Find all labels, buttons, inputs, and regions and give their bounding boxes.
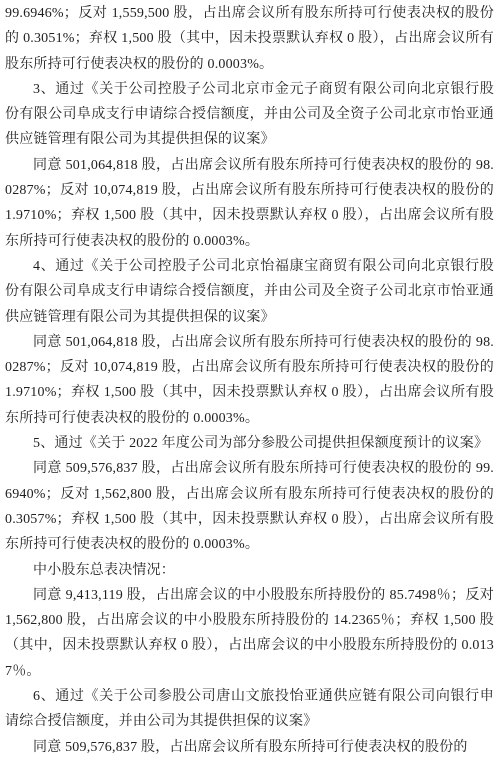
paragraph-item5-votes: 同意 509,576,837 股，占出席会议所有股东所持可行使表决权的股份的 9… (5, 456, 494, 557)
paragraph-item4-title: 4、通过《关于公司控股子公司北京怡福康宝商贸有限公司向北京银行股份有限公司阜成支… (5, 254, 494, 330)
paragraph-item4-votes: 同意 501,064,818 股，占出席会议所有股东所持可行使表决权的股份的 9… (5, 330, 494, 431)
paragraph-item3-title: 3、通过《关于公司控股子公司北京市金元子商贸有限公司向北京银行股份有限公司阜成支… (5, 77, 494, 153)
paragraph-minority-shareholders-votes: 同意 9,413,119 股，占出席会议的中小股股东所持股份的 85.7498％… (5, 583, 494, 684)
paragraph-minority-shareholders-heading: 中小股东总表决情况： (5, 558, 494, 583)
paragraph-continuation-item2-votes: 99.6946%；反对 1,559,500 股，占出席会议所有股东所持可行使表决… (5, 1, 494, 77)
document-page: 99.6946%；反对 1,559,500 股，占出席会议所有股东所持可行使表决… (0, 0, 500, 760)
paragraph-item6-title: 6、通过《关于公司参股公司唐山文旅投怡亚通供应链有限公司向银行申请综合授信额度，… (5, 684, 494, 735)
paragraph-item5-title: 5、通过《关于 2022 年度公司为部分参股公司提供担保额度预计的议案》 (5, 431, 494, 456)
paragraph-item3-votes: 同意 501,064,818 股，占出席会议所有股东所持可行使表决权的股份的 9… (5, 153, 494, 254)
paragraph-item6-votes-partial: 同意 509,576,837 股，占出席会议所有股东所持可行使表决权的股份的 (5, 735, 494, 760)
